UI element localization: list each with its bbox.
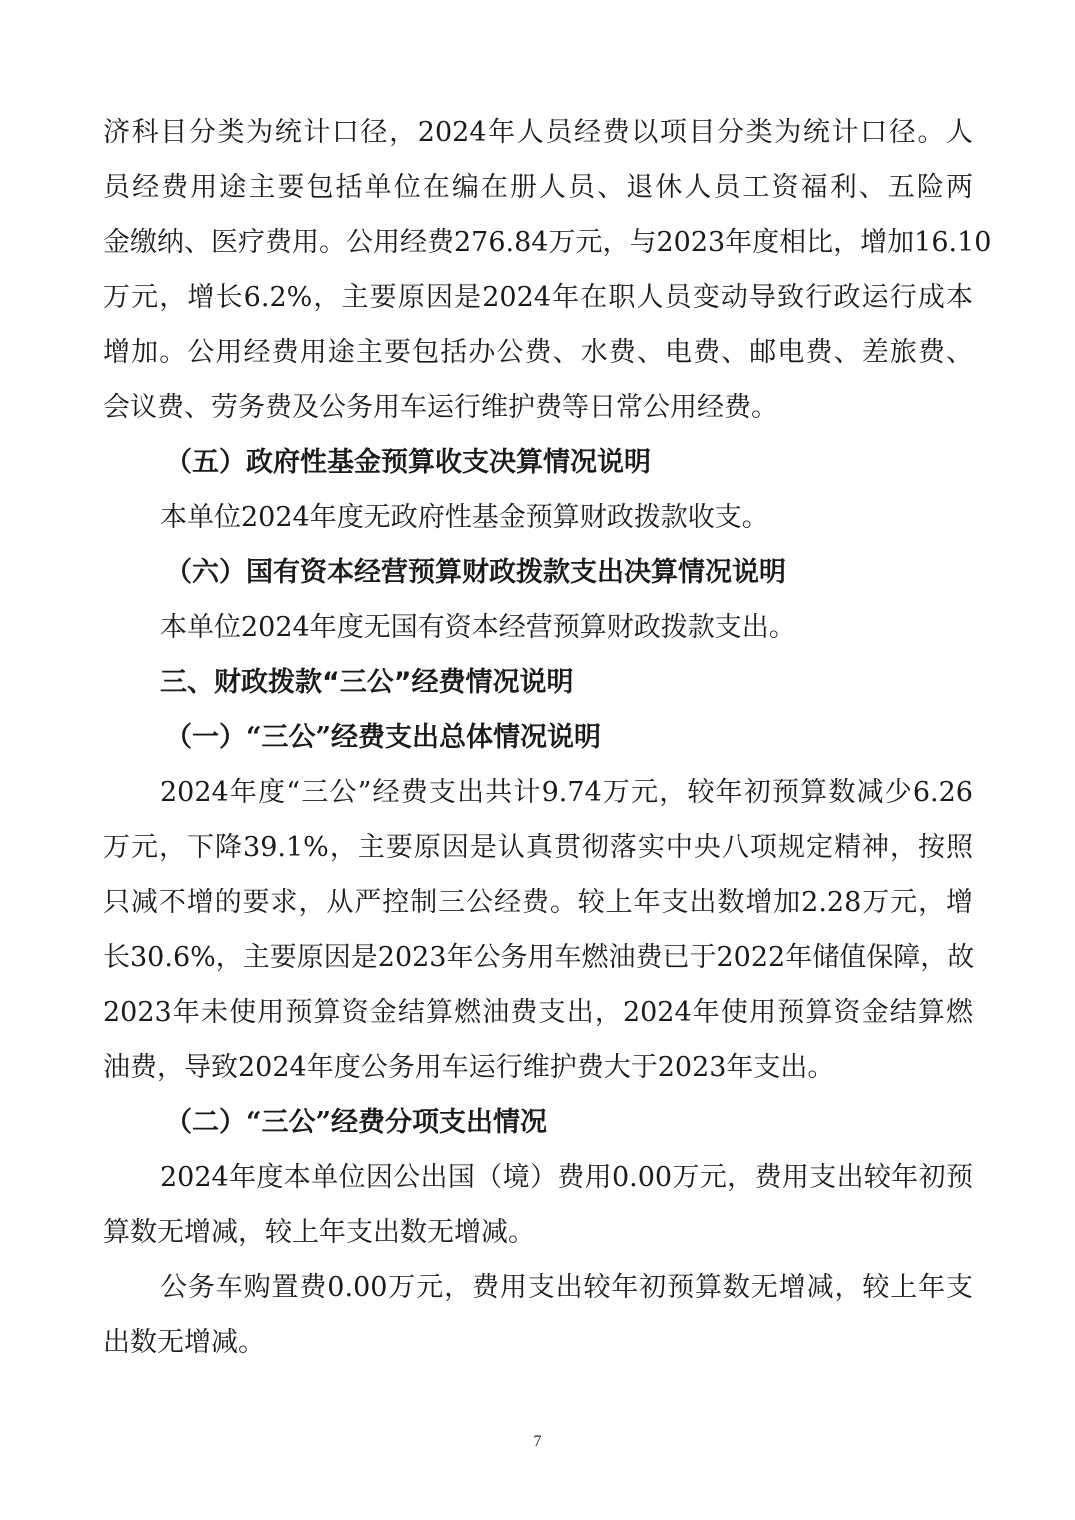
- paragraph-line: 公务车购置费0.00万元，费用支出较年初预算数无增减，较上年支: [160, 1268, 973, 1308]
- paragraph-line: 济科目分类为统计口径，2024年人员经费以项目分类为统计口径。人: [103, 113, 973, 153]
- paragraph-line: 出数无增减。: [103, 1323, 265, 1363]
- paragraph-line: 本单位2024年度无国有资本经营预算财政拨款支出。: [160, 608, 796, 648]
- paragraph-line: 2024年度本单位因公出国（境）费用0.00万元，费用支出较年初预: [160, 1158, 973, 1198]
- paragraph-line: 只减不增的要求，从严控制三公经费。较上年支出数增加2.28万元，增: [103, 883, 973, 923]
- paragraph-line: 增加。公用经费用途主要包括办公费、水费、电费、邮电费、差旅费、: [103, 333, 973, 373]
- section-heading-2: （二）“三公”经费分项支出情况: [165, 1103, 547, 1143]
- paragraph-line: 2024年度“三公”经费支出共计9.74万元，较年初预算数减少6.26: [160, 773, 973, 813]
- section-heading-5: （五）政府性基金预算收支决算情况说明: [165, 443, 651, 483]
- paragraph-line: 算数无增减，较上年支出数无增减。: [103, 1213, 535, 1253]
- paragraph-line: 本单位2024年度无政府性基金预算财政拨款收支。: [160, 498, 769, 538]
- paragraph-line: 会议费、劳务费及公务用车运行维护费等日常公用经费。: [103, 388, 778, 428]
- paragraph-line: 2023年未使用预算资金结算燃油费支出，2024年使用预算资金结算燃: [103, 993, 973, 1033]
- section-heading-1: （一）“三公”经费支出总体情况说明: [165, 718, 601, 758]
- page-number: 7: [0, 1433, 1075, 1451]
- paragraph-line: 油费，导致2024年度公务用车运行维护费大于2023年支出。: [103, 1048, 834, 1088]
- chapter-heading-3: 三、财政拨款“三公”经费情况说明: [160, 663, 574, 703]
- paragraph-line: 长30.6%，主要原因是2023年公务用车燃油费已于2022年储值保障，故: [103, 938, 973, 978]
- section-heading-6: （六）国有资本经营预算财政拨款支出决算情况说明: [165, 553, 786, 593]
- paragraph-line: 万元，增长6.2%，主要原因是2024年在职人员变动导致行政运行成本: [103, 278, 973, 318]
- paragraph-line: 员经费用途主要包括单位在编在册人员、退休人员工资福利、五险两: [103, 168, 973, 208]
- paragraph-line: 万元，下降39.1%，主要原因是认真贯彻落实中央八项规定精神，按照: [103, 828, 973, 868]
- paragraph-line: 金缴纳、医疗费用。公用经费276.84万元，与2023年度相比，增加16.10: [103, 223, 973, 263]
